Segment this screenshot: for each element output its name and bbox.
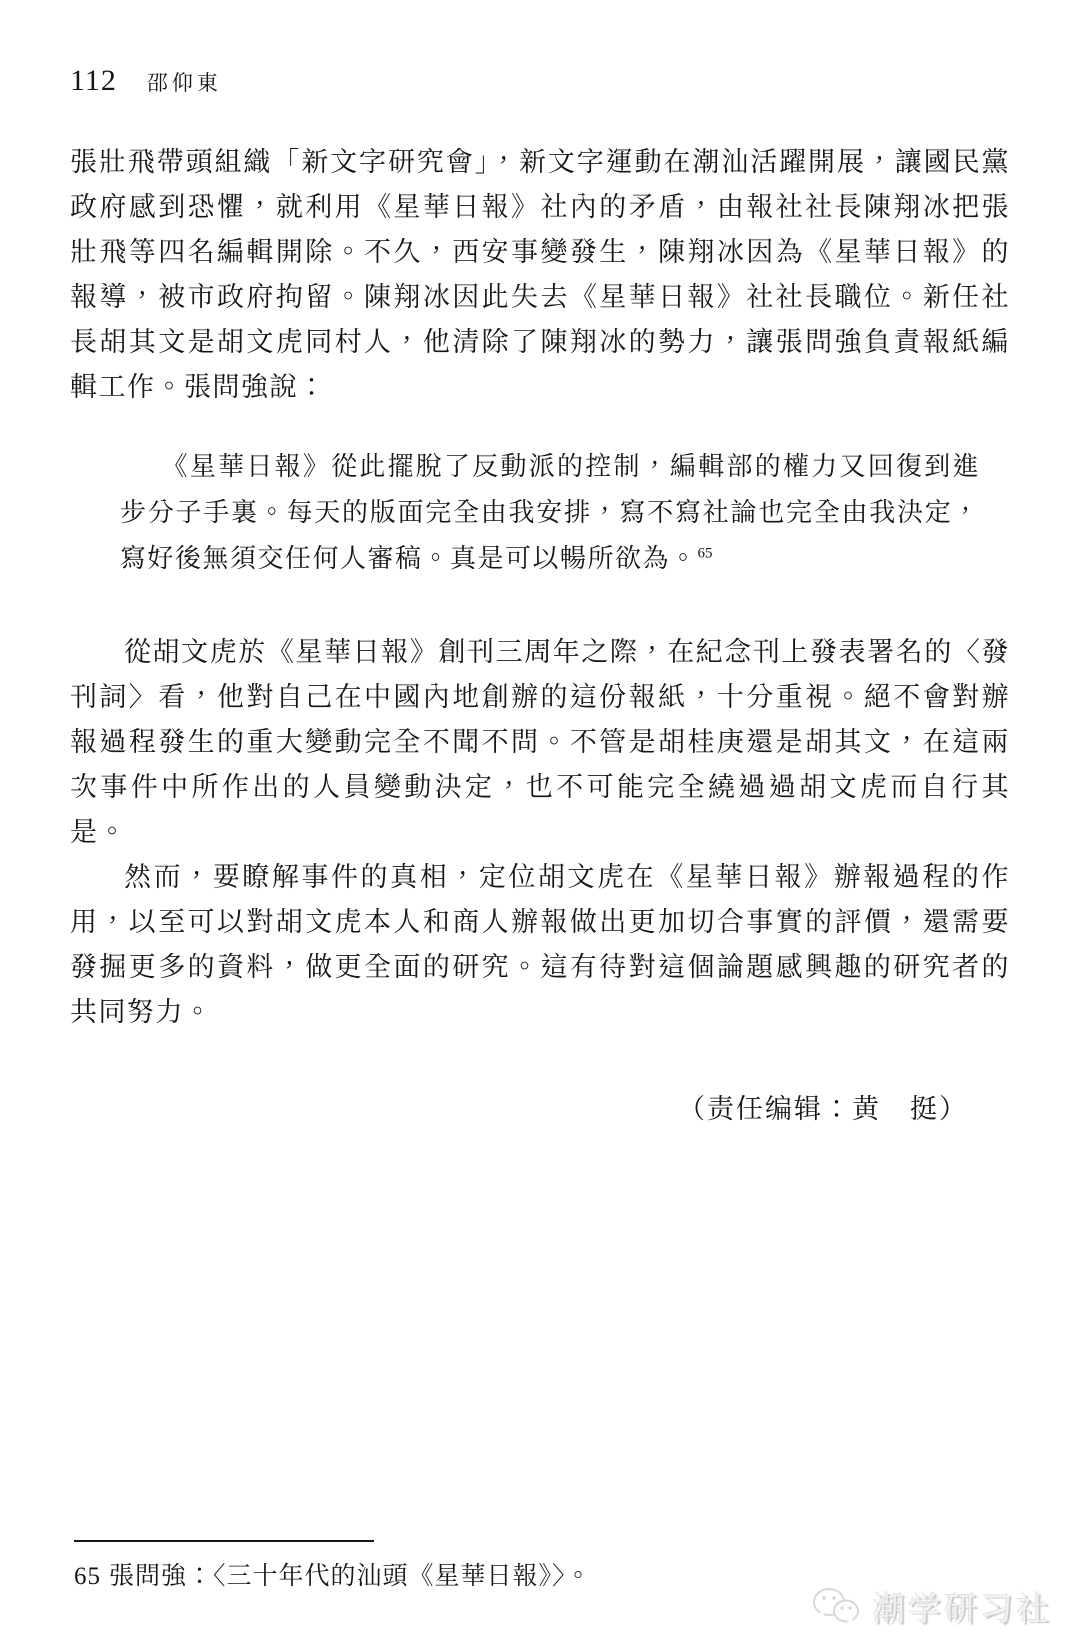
watermark-text: 潮学研习社 <box>872 1583 1052 1630</box>
paragraph-continuation: 張壯飛帶頭組織「新文字研究會」，新文字運動在潮汕活躍開展，讓國民黨政府感到恐懼，… <box>70 140 1010 410</box>
wechat-logo-icon <box>810 1585 862 1629</box>
paragraph-3: 然而，要瞭解事件的真相，定位胡文虎在《星華日報》辦報過程的作用，以至可以對胡文虎… <box>70 855 1010 1035</box>
block-quote: 《星華日報》從此擺脫了反動派的控制，編輯部的權力又回復到進步分子手裏。每天的版面… <box>120 444 980 582</box>
watermark: 潮学研习社 <box>810 1583 1052 1630</box>
editor-credit: （责任编辑：黄 挺） <box>70 1087 1010 1126</box>
paragraph-2: 從胡文虎於《星華日報》創刊三周年之際，在紀念刊上發表署名的〈發刊詞〉看，他對自己… <box>70 630 1010 855</box>
footnote-number: 65 <box>74 1563 101 1590</box>
page-number: 112 <box>70 64 117 98</box>
running-author: 邵仰東 <box>147 67 222 97</box>
running-head: 112 邵仰東 <box>70 64 1010 98</box>
footnote-ref-65: 65 <box>698 545 713 561</box>
footnote-text: 張問強：〈三十年代的汕頭《星華日報》〉。 <box>109 1563 592 1590</box>
scanned-page: 112 邵仰東 張壯飛帶頭組織「新文字研究會」，新文字運動在潮汕活躍開展，讓國民… <box>0 0 1080 1648</box>
article-body: 張壯飛帶頭組織「新文字研究會」，新文字運動在潮汕活躍開展，讓國民黨政府感到恐懼，… <box>70 140 1010 1126</box>
quote-text: 《星華日報》從此擺脫了反動派的控制，編輯部的權力又回復到進步分子手裏。每天的版面… <box>120 452 980 573</box>
footnote-divider <box>74 1540 374 1542</box>
